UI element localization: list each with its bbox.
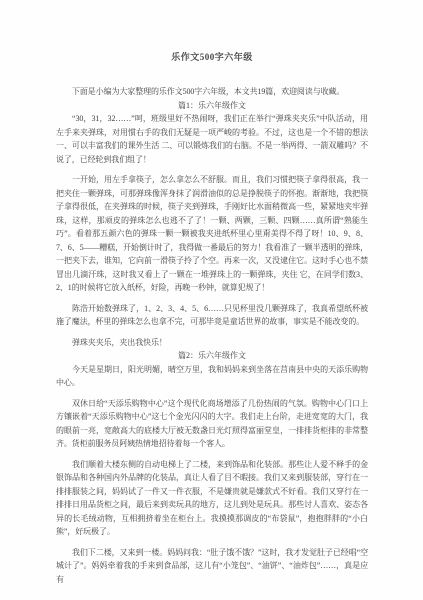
document-page: 乐作文500字六年级 下面是小编为大家整理的乐作文500字六年级，本文共19篇，… [0,0,423,600]
paragraph: 弹珠夹夹乐，夹出我快乐！ [56,336,368,350]
section-1-heading: 篇1：乐六年级作文 [56,99,368,113]
paragraph: 我们下二楼，又来到一楼。妈妈问我：“肚子饿不饿？”这时，我才发觉肚子已经唱“空城… [56,546,368,587]
paragraph: “30，31，32……”呵，班级里好不热闹呀，我们正在举行“弹珠夹夹乐”中队活动… [56,112,368,166]
document-title: 乐作文500字六年级 [56,50,368,63]
section-2-heading: 篇2：乐六年级作文 [56,349,368,363]
paragraph: 我们顺着大楼东侧的自动电梯上了二楼，来到饰品和化装部。那些让人爱不释手的金银饰品… [56,458,368,539]
paragraph: 陈浩开始数弹珠了，1、2、3、4、5、6……只见杯里没几颗弹珠了，我真希望纸杯被… [56,302,368,329]
intro-paragraph: 下面是小编为大家整理的乐作文500字六年级，本文共19篇，欢迎阅读与收藏。 [56,85,368,99]
paragraph: 今天是星期日，阳光明媚，晴空万里，我和妈妈来到坐落在莒南县中央的天添乐购物中心。 [56,363,368,390]
paragraph: 一开始，用左手拿筷子，怎么拿怎么不舒服。而且，我们习惯把筷子拿得很高，我一把夹住… [56,173,368,295]
paragraph: 双休日给“天添乐购物中心”这个现代化商场增添了几份热闹的气氛。购物中心门口上方镶… [56,397,368,451]
